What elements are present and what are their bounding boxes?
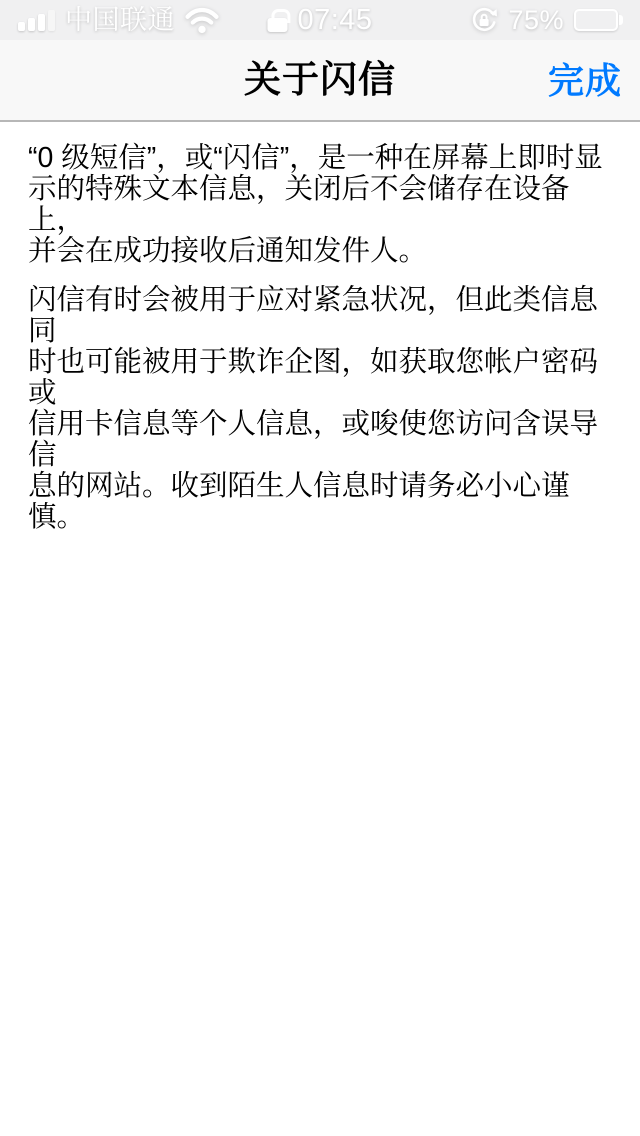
lock-icon — [267, 18, 287, 32]
battery-percent-label: 75% — [508, 0, 564, 40]
status-bar-right: 75% — [470, 0, 618, 40]
time-label: 07:45 — [297, 0, 372, 40]
done-button[interactable]: 完成 — [548, 40, 622, 122]
page-title: 关于闪信 — [0, 40, 640, 122]
screen: 中国联通 07:45 75% 关于闪信 完成 — [0, 0, 640, 1136]
content-area: “0 级短信”，或“闪信”，是一种在屏幕上即时显 示的特殊文本信息，关闭后不会储… — [0, 122, 640, 533]
about-paragraph-2: 闪信有时会被用于应对紧急状况，但此类信息同 时也可能被用于欺诈企图，如获取您帐户… — [28, 285, 613, 533]
status-bar: 中国联通 07:45 75% — [0, 0, 640, 40]
orientation-lock-icon — [470, 6, 498, 34]
wifi-icon — [185, 7, 219, 34]
carrier-label: 中国联通 — [65, 0, 175, 40]
cellular-signal-icon — [18, 9, 55, 31]
nav-bar: 关于闪信 完成 — [0, 40, 640, 122]
status-bar-left: 中国联通 — [18, 0, 219, 40]
about-paragraph-1: “0 级短信”，或“闪信”，是一种在屏幕上即时显 示的特殊文本信息，关闭后不会储… — [28, 143, 613, 267]
status-bar-center: 07:45 — [267, 0, 372, 40]
battery-icon — [574, 9, 618, 31]
